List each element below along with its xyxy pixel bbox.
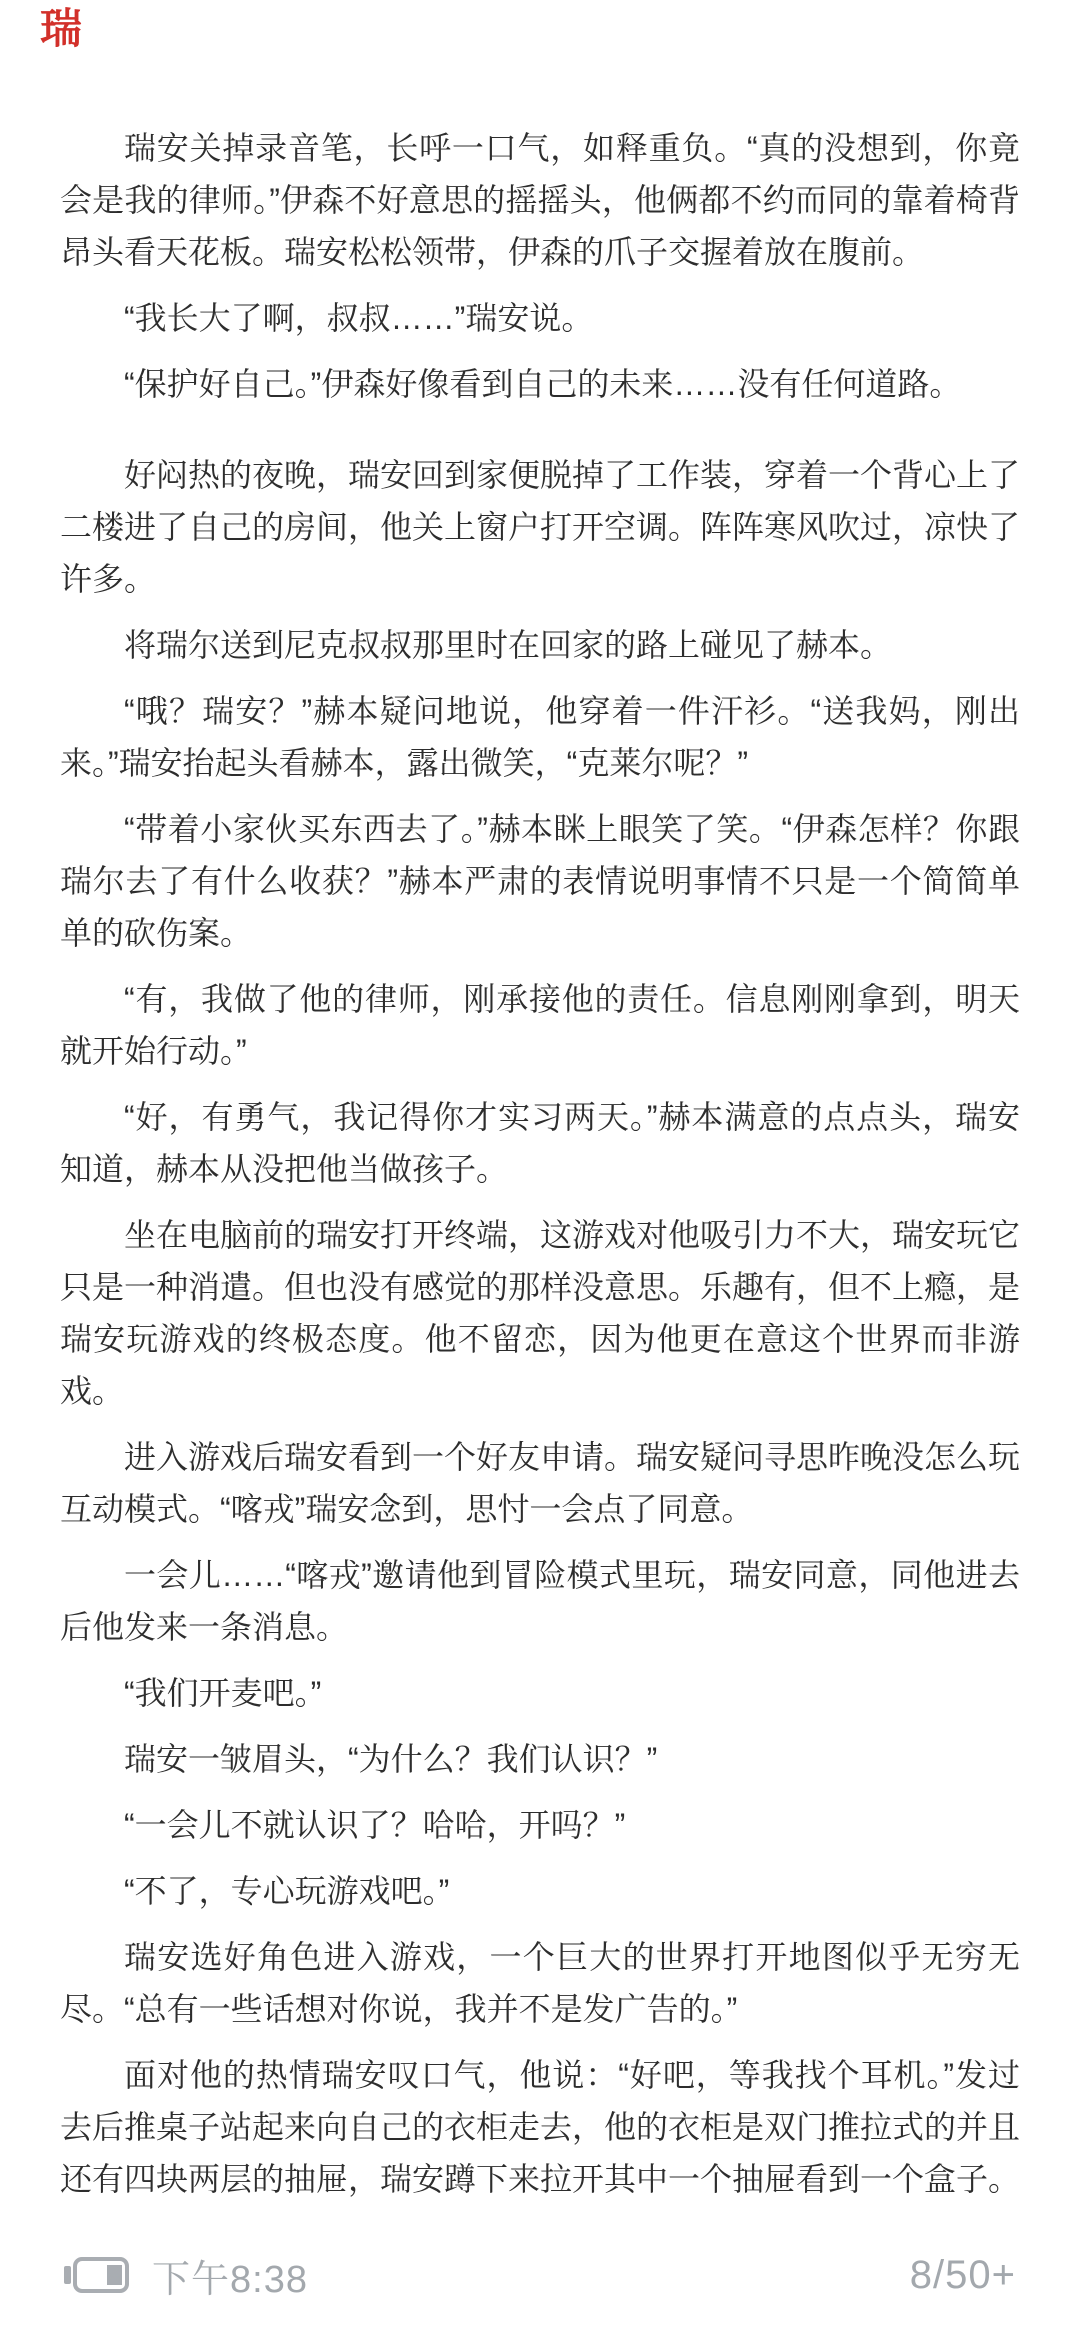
paragraph: “好，有勇气，我记得你才实习两天。”赫本满意的点点头，瑞安知道，赫本从没把他当做… xyxy=(60,1091,1020,1195)
paragraph: “一会儿不就认识了？哈哈，开吗？” xyxy=(60,1799,1020,1851)
paragraph: “我长大了啊，叔叔……”瑞安说。 xyxy=(60,292,1020,344)
reader-page[interactable]: 瑞安关掉录音笔，长呼一口气，如释重负。“真的没想到，你竟会是我的律师。”伊森不好… xyxy=(0,0,1080,2219)
paragraph: “有，我做了他的律师，刚承接他的责任。信息刚刚拿到，明天就开始行动。” xyxy=(60,973,1020,1077)
paragraph: 面对他的热情瑞安叹口气，他说：“好吧，等我找个耳机。”发过去后推桌子站起来向自己… xyxy=(60,2049,1020,2205)
paragraph: 瑞安选好角色进入游戏，一个巨大的世界打开地图似乎无穷无尽。“总有一些话想对你说，… xyxy=(60,1931,1020,2035)
paragraph: 进入游戏后瑞安看到一个好友申请。瑞安疑问寻思昨晚没怎么玩互动模式。“喀戎”瑞安念… xyxy=(60,1431,1020,1535)
paragraph: 瑞安一皱眉头，“为什么？我们认识？” xyxy=(60,1733,1020,1785)
paragraph: “不了，专心玩游戏吧。” xyxy=(60,1865,1020,1917)
status-left: 下午8:38 xyxy=(64,2248,308,2303)
paragraph: 将瑞尔送到尼克叔叔那里时在回家的路上碰见了赫本。 xyxy=(60,619,1020,671)
paragraph: 瑞安关掉录音笔，长呼一口气，如释重负。“真的没想到，你竟会是我的律师。”伊森不好… xyxy=(60,122,1020,278)
paragraph: “哦？瑞安？”赫本疑问地说，他穿着一件汗衫。“送我妈，刚出来。”瑞安抬起头看赫本… xyxy=(60,685,1020,789)
paragraph: 坐在电脑前的瑞安打开终端，这游戏对他吸引力不大，瑞安玩它只是一种消遣。但也没有感… xyxy=(60,1209,1020,1417)
status-bar: 下午8:38 8/50+ xyxy=(0,2250,1080,2300)
page-progress: 8/50+ xyxy=(910,2253,1016,2298)
paragraph: “带着小家伙买东西去了。”赫本眯上眼笑了笑。“伊森怎样？你跟瑞尔去了有什么收获？… xyxy=(60,803,1020,959)
paragraph: “我们开麦吧。” xyxy=(60,1667,1020,1719)
battery-icon xyxy=(64,2255,130,2295)
clock-time: 下午8:38 xyxy=(152,2248,308,2303)
paragraph: 好闷热的夜晚，瑞安回到家便脱掉了工作装，穿着一个背心上了二楼进了自己的房间，他关… xyxy=(60,449,1020,605)
paragraph: 一会儿……“喀戎”邀请他到冒险模式里玩，瑞安同意，同他进去后他发来一条消息。 xyxy=(60,1549,1020,1653)
paragraph: “保护好自己。”伊森好像看到自己的未来……没有任何道路。 xyxy=(60,358,1020,410)
paragraph-list: 瑞安关掉录音笔，长呼一口气，如释重负。“真的没想到，你竟会是我的律师。”伊森不好… xyxy=(60,122,1020,2205)
